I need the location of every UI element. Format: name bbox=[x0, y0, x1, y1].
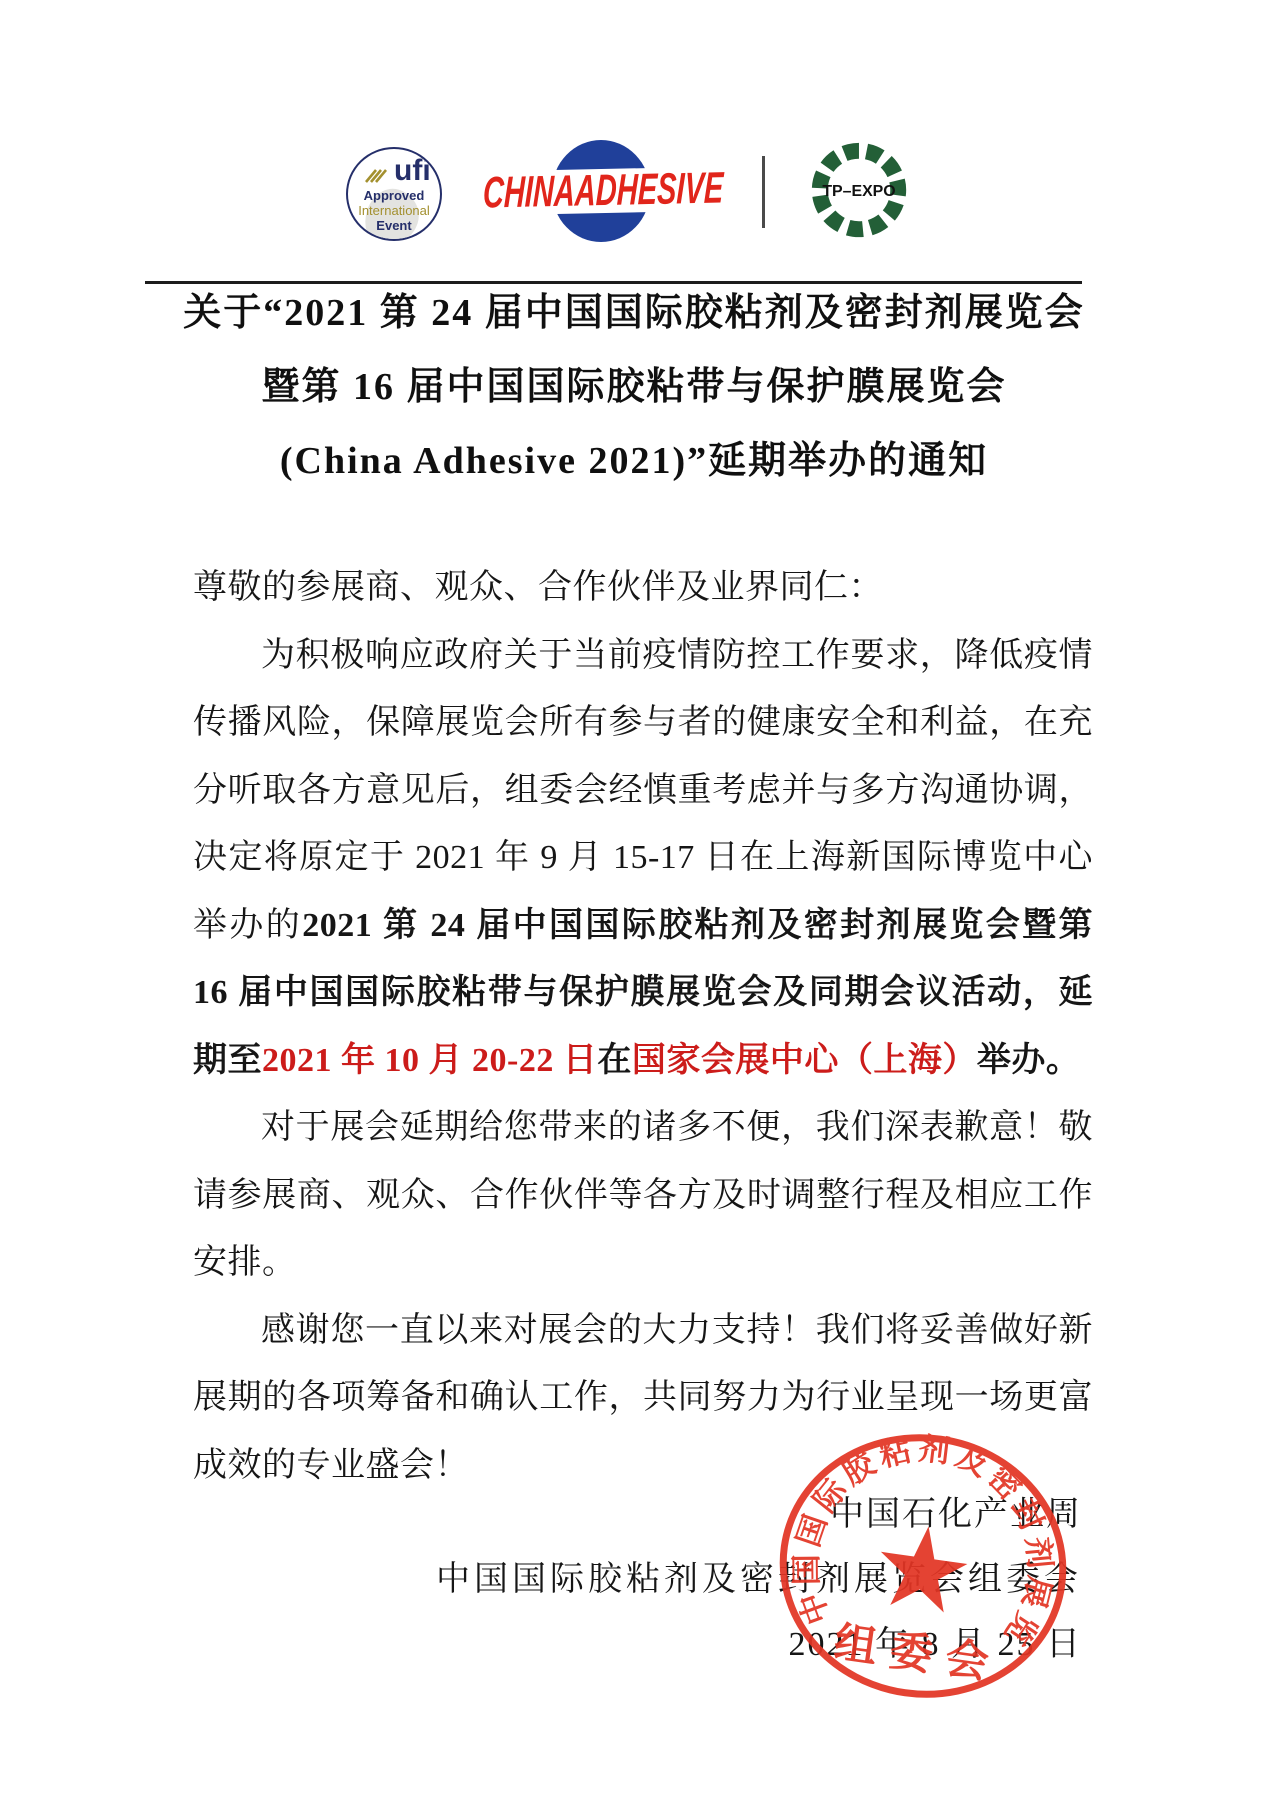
chinaadhesive-wordmark-band: CHINAADHESIVE bbox=[468, 166, 739, 216]
title-line-3: (China Adhesive 2021)”延期举办的通知 bbox=[0, 424, 1268, 498]
text-run-bold-red: 2021 年 10 月 20-22 日 bbox=[262, 1042, 597, 1079]
salutation-line: 尊敬的参展商、观众、合作伙伴及业界同仁： bbox=[193, 554, 1093, 622]
ufi-brand-text: ufi bbox=[394, 154, 431, 188]
text-run-bold-red: 国家会展中心（上海） bbox=[632, 1042, 977, 1079]
text-run-bold: 在 bbox=[597, 1042, 632, 1079]
seal-star-icon bbox=[874, 1520, 972, 1615]
ufi-hatch-icon bbox=[364, 166, 390, 184]
paragraph-postponement: 为积极响应政府关于当前疫情防控工作要求，降低疫情传播风险，保障展览会所有参与者的… bbox=[193, 622, 1093, 1095]
notice-body: 尊敬的参展商、观众、合作伙伴及业界同仁： 为积极响应政府关于当前疫情防控工作要求… bbox=[193, 554, 1093, 1499]
ufi-international-label: International bbox=[348, 203, 440, 218]
notice-title: 关于“2021 第 24 届中国国际胶粘剂及密封剂展览会 暨第 16 届中国国际… bbox=[0, 276, 1268, 498]
notice-document-page: ufi Approved International Event CHINAAD… bbox=[0, 0, 1268, 1793]
text-run-bold: 举办。 bbox=[977, 1042, 1081, 1079]
paragraph-apology: 对于展会延期给您带来的诸多不便，我们深表歉意！敬请参展商、观众、合作伙伴等各方及… bbox=[193, 1094, 1093, 1297]
official-seal: 中国国际胶粘剂及密封剂展览会 组委会 bbox=[775, 1430, 1071, 1702]
title-line-2: 暨第 16 届中国国际胶粘带与保护膜展览会 bbox=[0, 350, 1268, 424]
title-line-1: 关于“2021 第 24 届中国国际胶粘剂及密封剂展览会 bbox=[0, 276, 1268, 350]
tp-expo-label: TP–EXPO bbox=[822, 183, 895, 200]
logo-divider-line bbox=[762, 156, 765, 228]
tp-expo-logo: TP–EXPO bbox=[806, 137, 912, 243]
ufi-approved-event-logo: ufi Approved International Event bbox=[346, 147, 442, 241]
chinaadhesive-wordmark: CHINAADHESIVE bbox=[482, 163, 724, 218]
ufi-event-label: Event bbox=[348, 218, 440, 233]
ufi-approved-label: Approved bbox=[348, 188, 440, 203]
text-run-normal: 为积极响应政府关于当前疫情防控工作要求，降低疫情传播风险，保障展览会所有参与者的… bbox=[193, 637, 1093, 944]
chinaadhesive-logo: CHINAADHESIVE bbox=[468, 138, 738, 246]
